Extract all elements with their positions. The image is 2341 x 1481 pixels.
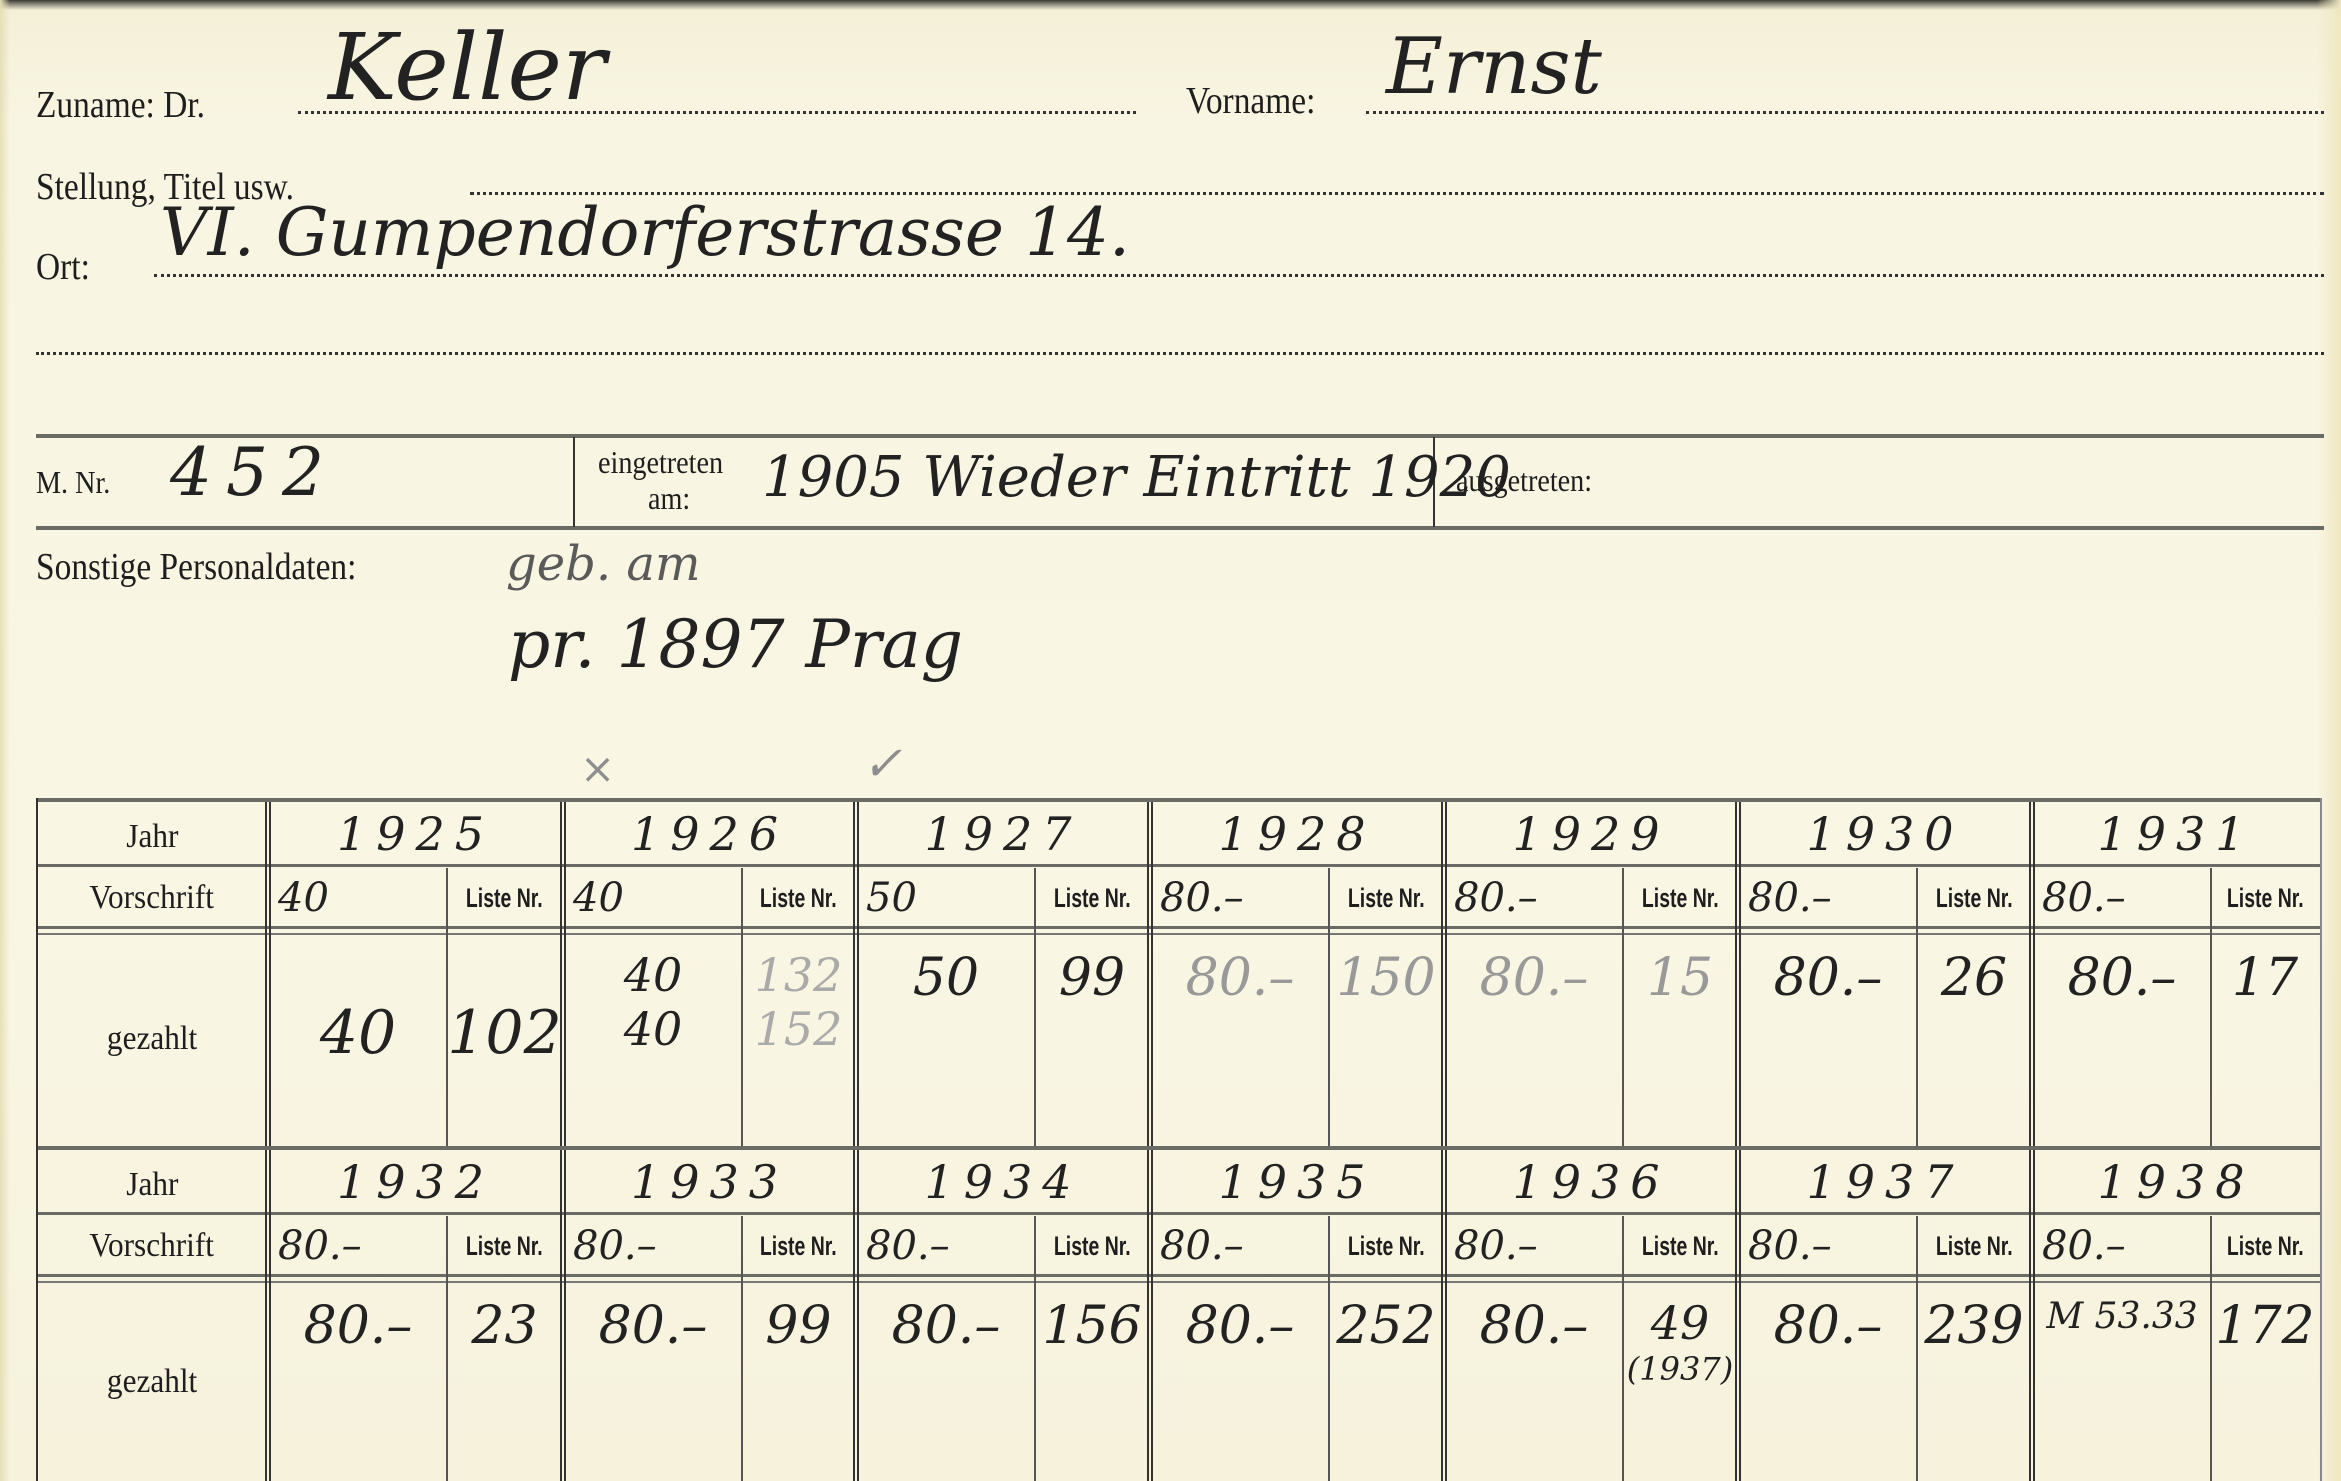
firstname-label: Vorname: (1186, 82, 1315, 120)
year-cell-1931: 1931 (2040, 804, 2312, 864)
list-no-cell-1933: 99 (745, 1296, 852, 1466)
prescribed-value: 80.– (573, 1223, 657, 1269)
prescribed-value: 80.– (1454, 1223, 1538, 1269)
paid-cell-1925: 40 (276, 948, 440, 1098)
firstname-value: Ernst (1386, 28, 1602, 106)
year-column-divider (853, 1150, 859, 1481)
prescribed-row-rule-b (36, 933, 2320, 935)
year-column-divider (853, 802, 859, 1150)
year-value: 1936 (1512, 1155, 1669, 1209)
prescribed-cell-1936: 80.– (1454, 1218, 1618, 1274)
paid-value: 80.– (892, 1296, 1001, 1356)
prescribed-cell-1926: 40 (573, 870, 737, 926)
list-no-label-cell: Liste Nr. (1036, 870, 1148, 926)
paid-value: 80.– (2068, 948, 2177, 1008)
location-line (154, 274, 2324, 277)
paid-cell-1928: 80.– (1158, 948, 1322, 1098)
prescribed-row-rule-a (36, 1274, 2320, 1277)
table-right-border (2320, 1146, 2322, 1481)
list-no-label: Liste Nr. (1936, 883, 2013, 914)
list-no-cell-1931: 17 (2214, 948, 2316, 1118)
year-value: 1935 (1218, 1155, 1375, 1209)
paid-cell-1927: 50 (864, 948, 1028, 1098)
year-value: 1925 (337, 807, 494, 861)
prescribed-cell-1925: 40 (278, 870, 442, 926)
paid-value: 80.– (1186, 948, 1295, 1008)
year-column-divider (2029, 1150, 2035, 1481)
paid-value: 40 (624, 948, 683, 1002)
list-no-value: 172 (2215, 1296, 2314, 1356)
prescribed-value: 80.– (2042, 875, 2126, 921)
list-no-cell-1937: 239 (1920, 1296, 2028, 1466)
prescribed-value: 80.– (1160, 875, 1244, 921)
year-column-divider (1441, 1150, 1447, 1481)
paid-value: 80.– (1480, 1296, 1589, 1356)
paid-value: 50 (913, 948, 979, 1008)
year-row-rule (36, 864, 2320, 867)
prescribed-value: 80.– (1748, 1223, 1832, 1269)
dues-table-1932-1938: JahrVorschriftgezahlt193280.–Liste Nr.80… (36, 1146, 2320, 1481)
list-no-cell-1935: 252 (1332, 1296, 1440, 1466)
paid-value: 80.– (304, 1296, 413, 1356)
prescribed-value: 80.– (1748, 875, 1832, 921)
blank-line (36, 352, 2324, 355)
paid-cell-1937: 80.– (1746, 1296, 1910, 1446)
list-no-label-cell: Liste Nr. (1330, 870, 1442, 926)
row-label-text: Vorschrift (90, 1227, 215, 1265)
table-right-border (2320, 798, 2322, 1150)
list-no-label-cell: Liste Nr. (1624, 870, 1736, 926)
list-no-label-cell: Liste Nr. (1036, 1218, 1148, 1274)
year-cell-1925: 1925 (276, 804, 555, 864)
prescribed-value: 80.– (278, 1223, 362, 1269)
list-no-value: 252 (1336, 1296, 1435, 1356)
list-no-label-cell: Liste Nr. (1624, 1218, 1736, 1274)
year-value: 1932 (337, 1155, 494, 1209)
year-value: 1926 (631, 807, 788, 861)
paid-cell-1930: 80.– (1746, 948, 1910, 1098)
list-no-value: 150 (1336, 948, 1435, 1008)
list-no-value: 26 (1941, 948, 2007, 1008)
year-cell-1930: 1930 (1746, 804, 2024, 864)
prescribed-cell-1934: 80.– (866, 1218, 1030, 1274)
list-no-label: Liste Nr. (466, 1231, 543, 1262)
row-label-prescribed: Vorschrift (36, 868, 268, 928)
list-no-value: 23 (471, 1296, 537, 1356)
year-value: 1934 (924, 1155, 1081, 1209)
year-cell-1929: 1929 (1452, 804, 1730, 864)
row-label-text: gezahlt (107, 1020, 197, 1058)
year-column-divider (1735, 802, 1741, 1150)
year-cell-1933: 1933 (571, 1152, 848, 1212)
list-no-cell-1926: 132152 (745, 948, 852, 1118)
list-no-value: 152 (755, 1002, 843, 1056)
prescribed-cell-1927: 50 (866, 870, 1030, 926)
prescribed-value: 80.– (2042, 1223, 2126, 1269)
row-label-paid: gezahlt (36, 1282, 268, 1481)
year-row-rule (36, 1212, 2320, 1215)
list-no-label: Liste Nr. (1642, 883, 1719, 914)
prescribed-value: 80.– (1160, 1223, 1244, 1269)
list-no-value: 17 (2232, 948, 2298, 1008)
membership-top-rule (36, 434, 2324, 438)
list-no-label: Liste Nr. (1642, 1231, 1719, 1262)
paid-value: M 53.33 (2046, 1296, 2197, 1337)
year-value: 1933 (631, 1155, 788, 1209)
surname-label: Zuname: Dr. (36, 86, 205, 124)
table-top-rule (36, 798, 2320, 802)
prescribed-cell-1928: 80.– (1160, 870, 1324, 926)
paid-cell-1938: M 53.33 (2040, 1296, 2204, 1446)
paid-cell-1929: 80.– (1452, 948, 1616, 1098)
list-no-label-cell: Liste Nr. (448, 1218, 561, 1274)
paid-value: 80.– (1774, 1296, 1883, 1356)
list-no-label: Liste Nr. (2227, 883, 2304, 914)
year-column-divider (560, 802, 566, 1150)
list-no-cell-1932: 23 (450, 1296, 559, 1466)
paid-cell-1933: 80.– (571, 1296, 735, 1446)
year-cell-1927: 1927 (864, 804, 1142, 864)
paid-cell-1932: 80.– (276, 1296, 440, 1446)
list-no-label: Liste Nr. (760, 883, 837, 914)
paid-value: 80.– (1480, 948, 1589, 1008)
joined-label-line2: am: (648, 482, 690, 514)
year-column-divider (1441, 802, 1447, 1150)
list-no-value: 132 (755, 948, 843, 1002)
prescribed-cell-1932: 80.– (278, 1218, 442, 1274)
list-no-cell-1925: 102 (450, 948, 559, 1118)
personal-data-label: Sonstige Personaldaten: (36, 548, 356, 586)
joined-value: 1905 Wieder Eintritt 1920 (762, 450, 1511, 506)
row-label-year: Jahr (36, 808, 268, 866)
list-no-cell-1928: 150 (1332, 948, 1440, 1118)
prescribed-cell-1929: 80.– (1454, 870, 1618, 926)
list-no-value: (1937) (1627, 1350, 1733, 1388)
paid-cell-1935: 80.– (1158, 1296, 1322, 1446)
prescribed-cell-1935: 80.– (1160, 1218, 1324, 1274)
row-label-text: Vorschrift (90, 879, 215, 917)
list-no-value: 99 (1059, 948, 1125, 1008)
list-no-value: 15 (1647, 948, 1713, 1008)
paid-cell-1934: 80.– (864, 1296, 1028, 1446)
row-label-text: gezahlt (107, 1363, 197, 1401)
year-value: 1928 (1218, 807, 1375, 861)
prescribed-cell-1931: 80.– (2042, 870, 2206, 926)
prescribed-cell-1938: 80.– (2042, 1218, 2206, 1274)
list-no-label-cell: Liste Nr. (2212, 1218, 2318, 1274)
list-no-value: 102 (447, 998, 562, 1068)
list-no-label: Liste Nr. (2227, 1231, 2304, 1262)
pencil-check-mark: ✓ (862, 740, 902, 788)
list-no-cell-1938: 172 (2214, 1296, 2316, 1466)
year-column-divider (1147, 1150, 1153, 1481)
prescribed-row-rule-a (36, 926, 2320, 929)
personal-data-line1: geb. am (506, 540, 701, 588)
card-top-edge (0, 0, 2341, 10)
row-label-text: Jahr (126, 818, 178, 856)
left-label: ausgetreten: (1456, 464, 1592, 496)
row-label-prescribed: Vorschrift (36, 1216, 268, 1276)
membership-divider-1 (573, 437, 575, 527)
location-label: Ort: (36, 248, 90, 286)
list-no-label-cell: Liste Nr. (1918, 1218, 2030, 1274)
list-no-label: Liste Nr. (760, 1231, 837, 1262)
membership-card: Zuname: Dr. Keller Vorname: Ernst Stellu… (0, 0, 2341, 1481)
joined-label-line1: eingetreten (598, 446, 723, 478)
list-no-label-cell: Liste Nr. (1918, 870, 2030, 926)
pencil-cross-mark: × (580, 748, 615, 790)
list-no-label-cell: Liste Nr. (743, 870, 854, 926)
paid-cell-1926: 4040 (571, 948, 735, 1098)
list-no-cell-1934: 156 (1038, 1296, 1146, 1466)
prescribed-value: 80.– (1454, 875, 1538, 921)
member-no-value: 452 (170, 440, 338, 506)
year-column-divider (560, 1150, 566, 1481)
year-value: 1927 (924, 807, 1081, 861)
member-no-label: M. Nr. (36, 466, 110, 498)
location-value: VI. Gumpendorferstrasse 14. (160, 200, 1130, 266)
prescribed-cell-1930: 80.– (1748, 870, 1912, 926)
list-no-value: 239 (1924, 1296, 2023, 1356)
list-no-value: 99 (765, 1296, 831, 1356)
prescribed-row-rule-b (36, 1281, 2320, 1283)
paid-cell-1936: 80.– (1452, 1296, 1616, 1446)
paid-value: 80.– (1186, 1296, 1295, 1356)
list-no-label: Liste Nr. (1348, 1231, 1425, 1262)
prescribed-cell-1933: 80.– (573, 1218, 737, 1274)
year-value: 1930 (1806, 807, 1963, 861)
list-no-cell-1930: 26 (1920, 948, 2028, 1118)
prescribed-cell-1937: 80.– (1748, 1218, 1912, 1274)
list-no-cell-1936: 49(1937) (1626, 1296, 1734, 1466)
year-cell-1934: 1934 (864, 1152, 1142, 1212)
paid-value: 80.– (1774, 948, 1883, 1008)
membership-bottom-rule (36, 526, 2324, 530)
list-no-label: Liste Nr. (1054, 883, 1131, 914)
year-cell-1938: 1938 (2040, 1152, 2312, 1212)
year-cell-1937: 1937 (1746, 1152, 2024, 1212)
prescribed-value: 40 (573, 875, 624, 921)
year-cell-1928: 1928 (1158, 804, 1436, 864)
list-no-label-cell: Liste Nr. (743, 1218, 854, 1274)
list-no-label-cell: Liste Nr. (448, 870, 561, 926)
prescribed-value: 80.– (866, 1223, 950, 1269)
table-top-rule (36, 1146, 2320, 1150)
prescribed-value: 40 (278, 875, 329, 921)
year-column-divider (1147, 802, 1153, 1150)
year-cell-1932: 1932 (276, 1152, 555, 1212)
paid-value: 80.– (599, 1296, 708, 1356)
list-no-label: Liste Nr. (466, 883, 543, 914)
card-left-edge (0, 0, 10, 1481)
list-no-label-cell: Liste Nr. (1330, 1218, 1442, 1274)
surname-value: Keller (328, 22, 606, 114)
paid-cell-1931: 80.– (2040, 948, 2204, 1098)
year-value: 1931 (2097, 807, 2254, 861)
year-value: 1937 (1806, 1155, 1963, 1209)
personal-data-line2: pr. 1897 Prag (508, 612, 963, 678)
year-cell-1926: 1926 (571, 804, 848, 864)
paid-value: 40 (320, 998, 396, 1068)
list-no-label: Liste Nr. (1054, 1231, 1131, 1262)
year-cell-1936: 1936 (1452, 1152, 1730, 1212)
row-label-paid: gezahlt (36, 934, 268, 1144)
list-no-value: 49 (1651, 1296, 1710, 1350)
year-value: 1938 (2097, 1155, 2254, 1209)
year-cell-1935: 1935 (1158, 1152, 1436, 1212)
year-column-divider (1735, 1150, 1741, 1481)
list-no-cell-1929: 15 (1626, 948, 1734, 1118)
row-label-text: Jahr (126, 1166, 178, 1204)
paid-value: 40 (624, 1002, 683, 1056)
list-no-label-cell: Liste Nr. (2212, 870, 2318, 926)
list-no-label: Liste Nr. (1936, 1231, 2013, 1262)
year-column-divider (2029, 802, 2035, 1150)
list-no-value: 156 (1042, 1296, 1141, 1356)
list-no-cell-1927: 99 (1038, 948, 1146, 1118)
row-label-year: Jahr (36, 1156, 268, 1214)
dues-table-1925-1931: JahrVorschriftgezahlt192540Liste Nr.4010… (36, 798, 2320, 1150)
year-value: 1929 (1512, 807, 1669, 861)
prescribed-value: 50 (866, 875, 917, 921)
list-no-label: Liste Nr. (1348, 883, 1425, 914)
